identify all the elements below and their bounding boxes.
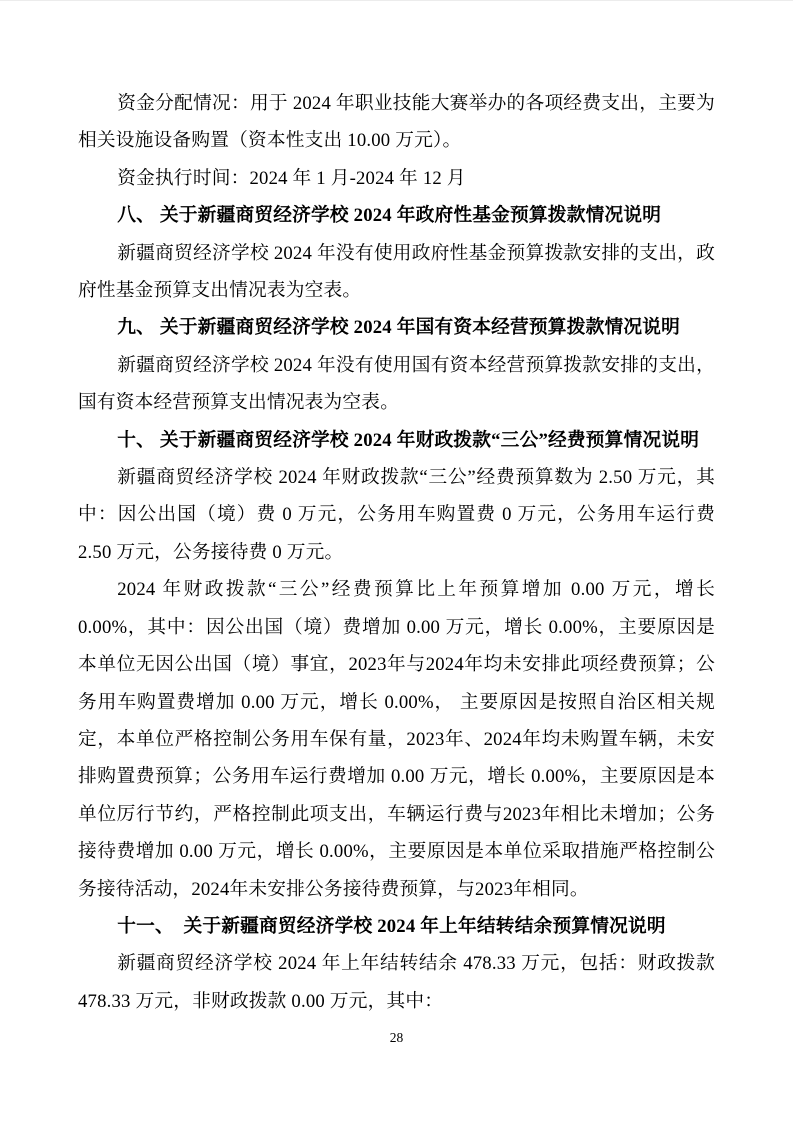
para-funds-allocation: 资金分配情况：用于 2024 年职业技能大赛举办的各项经费支出，主要为相关设施设…	[78, 85, 715, 160]
para-section-10-three-public-budget: 新疆商贸经济学校 2024 年财政拨款“三公”经费预算数为 2.50 万元，其中…	[78, 459, 715, 571]
page-top-edge	[0, 0, 793, 1]
heading-section-10: 十、 关于新疆商贸经济学校 2024 年财政拨款“三公”经费预算情况说明	[78, 422, 715, 459]
para-section-10-year-comparison: 2024 年财政拨款“三公”经费预算比上年预算增加 0.00 万元，增长 0.0…	[78, 571, 715, 908]
para-section-8-govt-fund: 新疆商贸经济学校 2024 年没有使用政府性基金预算拨款安排的支出，政府性基金预…	[78, 235, 715, 310]
para-funds-execution-time: 资金执行时间：2024 年 1 月-2024 年 12 月	[78, 160, 715, 197]
para-section-9-state-capital: 新疆商贸经济学校 2024 年没有使用国有资本经营预算拨款安排的支出，国有资本经…	[78, 347, 715, 422]
heading-section-8: 八、 关于新疆商贸经济学校 2024 年政府性基金预算拨款情况说明	[78, 197, 715, 234]
document-page: 资金分配情况：用于 2024 年职业技能大赛举办的各项经费支出，主要为相关设施设…	[0, 0, 793, 1122]
heading-section-11: 十一、 关于新疆商贸经济学校 2024 年上年结转结余预算情况说明	[78, 908, 715, 945]
para-section-11-carryover: 新疆商贸经济学校 2024 年上年结转结余 478.33 万元，包括：财政拨款 …	[78, 945, 715, 1020]
heading-section-9: 九、 关于新疆商贸经济学校 2024 年国有资本经营预算拨款情况说明	[78, 309, 715, 346]
document-body: 资金分配情况：用于 2024 年职业技能大赛举办的各项经费支出，主要为相关设施设…	[78, 85, 715, 1020]
page-number: 28	[0, 1029, 793, 1047]
